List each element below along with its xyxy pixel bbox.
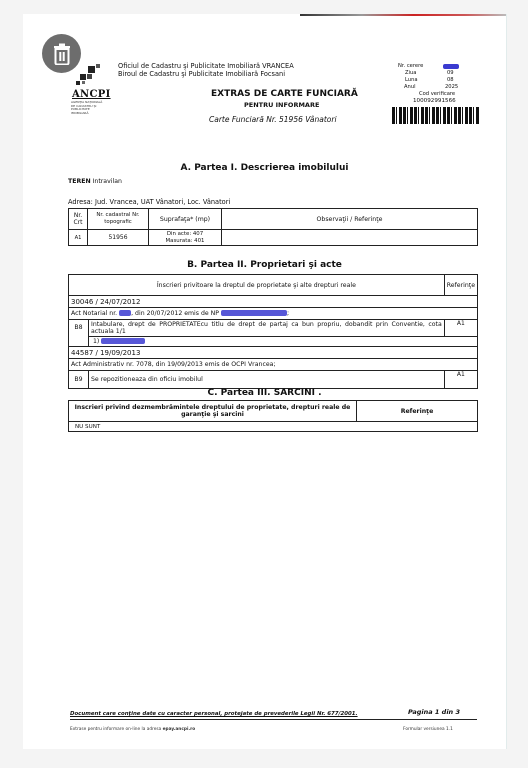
entry-code: B8 — [69, 320, 89, 347]
ziua-label: Ziua — [405, 70, 416, 76]
sarcini-value: NU SUNT — [69, 422, 478, 432]
redacted-owner-name — [101, 338, 145, 344]
col-inscrieri: Înscrieri privitoare la dreptul de propr… — [69, 275, 445, 296]
part-b-table: Înscrieri privitoare la dreptul de propr… — [68, 274, 478, 389]
privacy-notice: Document care conţine date cu caracter p… — [70, 711, 358, 717]
part-c-table: Inscrieri privind dezmembrămintele drept… — [68, 400, 478, 432]
act-notarial: Act Notarial nr. , din 20/07/2012 emis d… — [69, 308, 478, 320]
logo-text: ANCPI — [72, 89, 111, 100]
table-row: A1 51956 Din acte: 407 Masurata: 401 — [69, 230, 478, 246]
entry-code: B9 — [69, 371, 89, 389]
redacted-act-number — [119, 310, 131, 316]
act-administrativ: Act Administrativ nr. 7078, din 19/09/20… — [69, 359, 478, 371]
table-row: Act Administrativ nr. 7078, din 19/09/20… — [69, 359, 478, 371]
table-row: NU SUNT — [69, 422, 478, 432]
nr-cerere-redacted — [443, 64, 459, 69]
part-a-table: Nr. Crt Nr. cadastral Nr. topografic Sup… — [68, 208, 478, 246]
cell-nr-crt: A1 — [69, 230, 88, 246]
epay-link: epay.ancpi.ro — [163, 727, 196, 732]
cell-cadastral: 51956 — [88, 230, 149, 246]
table-row: 1) — [69, 337, 478, 347]
table-row: 44587 / 19/09/2013 — [69, 347, 478, 359]
table-row: B9 Se repozitioneaza din oficiu imobilul… — [69, 371, 478, 389]
table-row: 30046 / 24/07/2012 — [69, 296, 478, 308]
entry-description: Intabulare, drept de PROPRIETATEcu titlu… — [89, 320, 445, 337]
scan-edge-line — [300, 14, 506, 16]
online-notice: Extrase pentru informare on-line la adre… — [70, 727, 195, 732]
luna-label: Luna — [405, 77, 418, 83]
col-cadastral: Nr. cadastral Nr. topografic — [88, 209, 149, 230]
cell-suprafata: Din acte: 407 Masurata: 401 — [149, 230, 222, 246]
part-a-heading: A. Partea I. Descrierea imobilului — [23, 163, 506, 173]
logo-subtext: AGENŢIA NAŢIONALĂ DE CADASTRU ŞI PUBLICI… — [71, 101, 107, 115]
cell-observatii — [222, 230, 478, 246]
property-address: Adresa: Jud. Vrancea, UAT Vânatori, Loc.… — [68, 198, 230, 206]
table-row: Act Notarial nr. , din 20/07/2012 emis d… — [69, 308, 478, 320]
office-name: Oficiul de Cadastru şi Publicitate Imobi… — [118, 62, 294, 70]
registration-number: 44587 / 19/09/2013 — [69, 347, 478, 359]
nr-cerere-label: Nr. cerere — [398, 63, 423, 69]
col-nr-crt: Nr. Crt — [69, 209, 88, 230]
delete-button[interactable] — [42, 34, 81, 73]
document-subtitle: PENTRU INFORMARE — [244, 101, 319, 109]
ziua-value: 09 — [447, 70, 454, 76]
entry-reference: A1 — [444, 320, 477, 337]
col-suprafata: Suprafaţa* (mp) — [149, 209, 222, 230]
trash-icon — [52, 43, 72, 65]
col-referinte: Referinţe — [444, 275, 477, 296]
part-c-heading: C. Partea III. SARCINI . — [23, 388, 506, 398]
entry-reference: A1 — [444, 371, 477, 389]
table-row: B8 Intabulare, drept de PROPRIETATEcu ti… — [69, 320, 478, 337]
col-referinte: Referinţe — [357, 401, 478, 422]
barcode — [392, 107, 480, 124]
luna-value: 08 — [447, 77, 454, 83]
cod-verificare-label: Cod verificare — [419, 91, 455, 97]
page-number: Pagina 1 din 3 — [408, 708, 460, 716]
entry-description: Se repozitioneaza din oficiu imobilul — [89, 371, 445, 389]
bureau-name: Biroul de Cadastru şi Publicitate Imobil… — [118, 70, 285, 78]
property-type: TEREN Intravilan — [68, 178, 122, 185]
col-observatii: Observaţii / Referinţe — [222, 209, 478, 230]
redacted-notary-name — [221, 310, 287, 316]
anul-value: 2025 — [445, 84, 458, 90]
carte-funciara-number: Carte Funciară Nr. 51956 Vânatori — [209, 115, 337, 124]
owner-line: 1) — [89, 337, 478, 347]
anul-label: Anul — [404, 84, 416, 90]
document-title: EXTRAS DE CARTE FUNCIARĂ — [211, 89, 358, 99]
part-b-heading: B. Partea II. Proprietari şi acte — [23, 260, 506, 270]
form-version: Formular versiunea 1.1 — [403, 727, 453, 732]
footer-divider — [70, 719, 477, 720]
col-inscrieri-sarcini: Inscrieri privind dezmembrămintele drept… — [69, 401, 357, 422]
cod-verificare-value: 100092991566 — [413, 98, 456, 104]
registration-number: 30046 / 24/07/2012 — [69, 296, 478, 308]
